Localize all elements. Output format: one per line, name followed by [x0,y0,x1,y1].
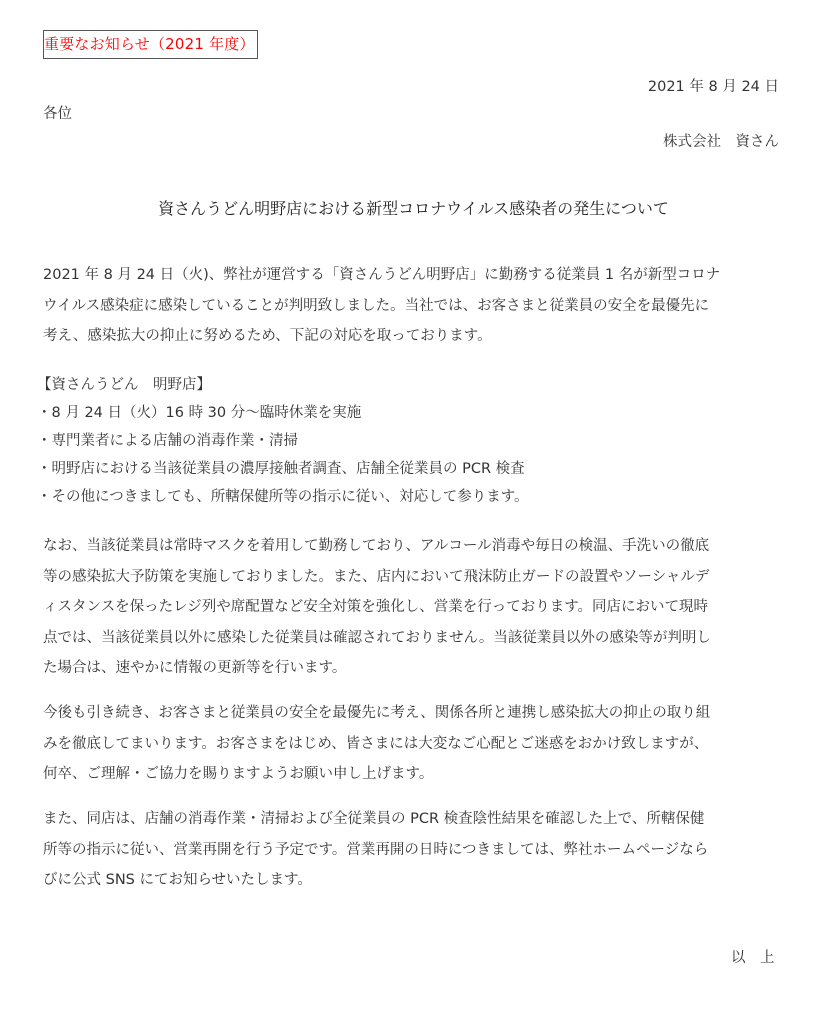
paragraph-line: 今後も引き続き、お客さまと従業員の安全を最優先に考え、関係各所と連携し感染拡大の… [43,698,783,729]
document-date: 2021 年 8 月 24 日 [648,75,779,96]
important-notice-badge: 重要なお知らせ（2021 年度） [43,30,258,59]
paragraph-line: びに公式 SNS にてお知らせいたします。 [43,865,783,896]
paragraph-line: 点では、当該従業員以外に感染した従業員は確認されておりません。当該従業員以外の感… [43,623,783,654]
sender-company: 株式会社 資さん [663,130,779,151]
paragraph-line: ウイルス感染症に感染していることが判明致しました。当社では、お客さまと従業員の安… [43,291,783,322]
paragraph-line: た場合は、速やかに情報の更新等を行います。 [43,653,783,684]
paragraph-line: 考え、感染拡大の抑止に努めるため、下記の対応を取っております。 [43,321,783,352]
store-actions-section: 【資さんうどん 明野店】 ・8 月 24 日（火）16 時 30 分～臨時休業を… [37,371,777,511]
paragraph-line: みを徹底してまいります。お客さまをはじめ、皆さまには大変なご心配とご迷惑をおかけ… [43,729,783,760]
reopening-paragraph: また、同店は、店舗の消毒作業・清掃および全従業員の PCR 検査陰性結果を確認し… [43,804,783,896]
notice-document: 重要なお知らせ（2021 年度） 2021 年 8 月 24 日 各位 株式会社… [0,0,827,1024]
paragraph-line: 所等の指示に従い、営業再開を行う予定です。営業再開の日時につきましては、弊社ホー… [43,835,783,866]
intro-paragraph: 2021 年 8 月 24 日（火)、弊社が運営する「資さんうどん明野店」に勤務… [43,260,783,352]
measures-paragraph: なお、当該従業員は常時マスクを着用して勤務しており、アルコール消毒や毎日の検温、… [43,531,783,684]
store-action-item: ・専門業者による店舗の消毒作業・清掃 [37,427,777,455]
store-action-item: ・8 月 24 日（火）16 時 30 分～臨時休業を実施 [37,399,777,427]
store-action-item: ・明野店における当該従業員の濃厚接触者調査、店舗全従業員の PCR 検査 [37,455,777,483]
addressee: 各位 [43,102,72,123]
paragraph-line: 等の感染拡大予防策を実施しておりました。また、店内において飛沫防止ガードの設置や… [43,562,783,593]
commitment-paragraph: 今後も引き続き、お客さまと従業員の安全を最優先に考え、関係各所と連携し感染拡大の… [43,698,783,790]
paragraph-line: 何卒、ご理解・ご協力を賜りますようお願い申し上げます。 [43,759,783,790]
document-title: 資さんうどん明野店における新型コロナウイルス感染者の発生について [0,196,827,219]
paragraph-line: また、同店は、店舗の消毒作業・清掃および全従業員の PCR 検査陰性結果を確認し… [43,804,783,835]
store-section-heading: 【資さんうどん 明野店】 [37,371,777,399]
paragraph-line: ィスタンスを保ったレジ列や席配置など安全対策を強化し、営業を行っております。同店… [43,592,783,623]
paragraph-line: なお、当該従業員は常時マスクを着用して勤務しており、アルコール消毒や毎日の検温、… [43,531,783,562]
closing-mark: 以 上 [731,946,775,967]
store-action-item: ・その他につきましても、所轄保健所等の指示に従い、対応して参ります。 [37,483,777,511]
paragraph-line: 2021 年 8 月 24 日（火)、弊社が運営する「資さんうどん明野店」に勤務… [43,260,783,291]
